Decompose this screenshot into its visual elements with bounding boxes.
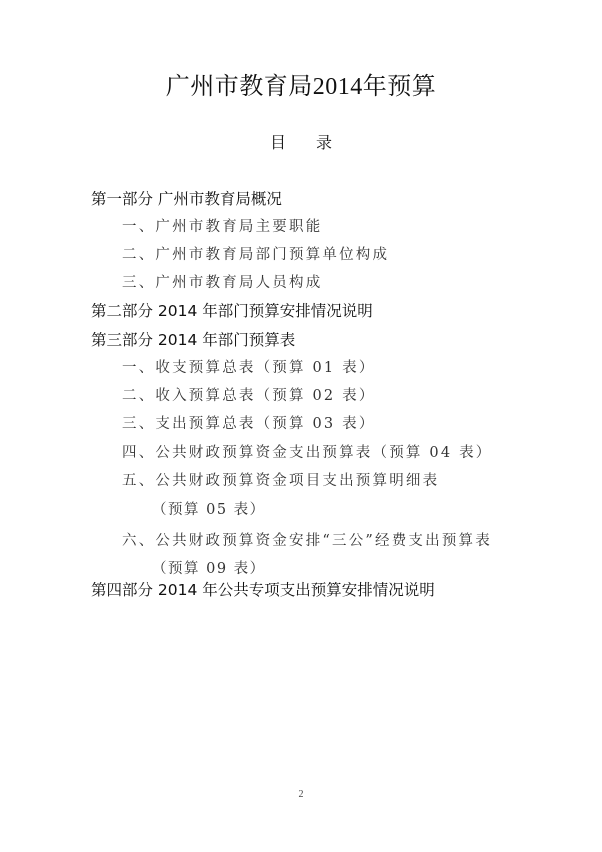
toc-item[interactable]: 二、收入预算总表（预算 02 表） [122,386,376,406]
toc-item[interactable]: 四、公共财政预算资金支出预算表（预算 04 表） [122,443,492,463]
document-page: 广州市教育局2014年预算 目录 第一部分 广州市教育局概况 一、广州市教育局主… [0,0,602,852]
toc-item[interactable]: 六、公共财政预算资金安排“三公”经费支出预算表 [122,531,492,551]
document-title: 广州市教育局2014年预算 [0,66,602,101]
page-number: 2 [0,789,602,800]
toc-item-continuation[interactable]: （预算 05 表） [152,500,266,520]
toc-item[interactable]: 一、收支预算总表（预算 01 表） [122,358,376,378]
toc-part-1[interactable]: 第一部分 广州市教育局概况 [91,189,282,209]
toc-item-continuation[interactable]: （预算 09 表） [152,559,266,579]
toc-item[interactable]: 二、广州市教育局部门预算单位构成 [122,245,389,265]
toc-item[interactable]: 一、广州市教育局主要职能 [122,217,322,237]
toc-part-4[interactable]: 第四部分 2014 年公共专项支出预算安排情况说明 [91,580,435,600]
toc-part-2[interactable]: 第二部分 2014 年部门预算安排情况说明 [91,301,373,321]
toc-item[interactable]: 五、公共财政预算资金项目支出预算明细表 [122,471,439,491]
toc-heading-char: 目 [270,130,286,153]
toc-heading-char: 录 [316,130,332,153]
toc-item[interactable]: 三、广州市教育局人员构成 [122,273,322,293]
toc-item[interactable]: 三、支出预算总表（预算 03 表） [122,414,376,434]
toc-heading: 目录 [0,130,602,153]
toc-part-3[interactable]: 第三部分 2014 年部门预算表 [91,330,295,350]
